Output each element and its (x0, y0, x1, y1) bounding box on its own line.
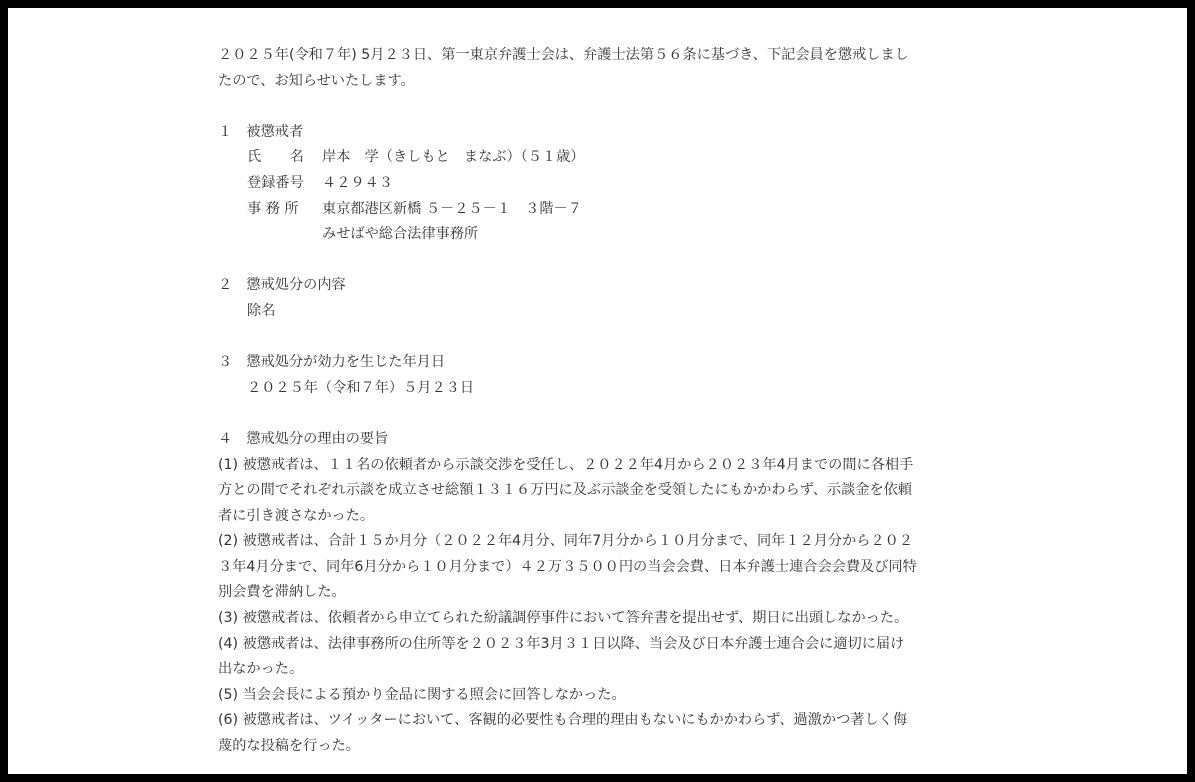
section-3-heading: ３ 懲戒処分が効力を生じた年月日 (218, 350, 918, 376)
registration-value: ４２９４３ (322, 171, 393, 197)
office-address: 東京都港区新橋 ５－２５－１ ３階－７ (322, 197, 582, 223)
announcement-document: ２０２５年(令和７年) 5月２３日、第一東京弁護士会は、弁護士法第５６条に基づき… (218, 43, 918, 760)
reason-item: (3) 被懲戒者は、依頼者から申立てられた紛議調停事件において答弁書を提出せず、… (218, 606, 918, 632)
office-label: 事 務 所 (247, 197, 322, 223)
page-frame: ２０２５年(令和７年) 5月２３日、第一東京弁護士会は、弁護士法第５６条に基づき… (8, 8, 1187, 774)
disciplinary-action: 除名 (218, 299, 918, 325)
reason-item: (1) 被懲戒者は、１１名の依頼者から示談交渉を受任し、２０２２年4月から２０２… (218, 453, 918, 530)
section-1-heading: １ 被懲戒者 (218, 120, 918, 146)
reason-item: (6) 被懲戒者は、ツイッターにおいて、客観的必要性も合理的理由もないにもかかわ… (218, 708, 918, 759)
intro-paragraph: ２０２５年(令和７年) 5月２３日、第一東京弁護士会は、弁護士法第５６条に基づき… (218, 43, 918, 94)
section-2-heading: ２ 懲戒処分の内容 (218, 273, 918, 299)
office-name: みせばや総合法律事務所 (218, 222, 918, 248)
reason-item: (4) 被懲戒者は、法律事務所の住所等を２０２３年3月３１日以降、当会及び日本弁… (218, 632, 918, 683)
section-4-heading: ４ 懲戒処分の理由の要旨 (218, 427, 918, 453)
registration-label: 登録番号 (247, 171, 322, 197)
effective-date: ２０２５年（令和７年）５月２３日 (218, 376, 918, 402)
name-row: 氏 名 岸本 学（きしもと まなぶ）（５１歳） (218, 145, 918, 171)
office-row: 事 務 所 東京都港区新橋 ５－２５－１ ３階－７ (218, 197, 918, 223)
reason-item: (5) 当会会長による預かり金品に関する照会に回答しなかった。 (218, 683, 918, 709)
registration-row: 登録番号 ４２９４３ (218, 171, 918, 197)
reason-item: (2) 被懲戒者は、合計１５か月分（２０２２年4月分、同年7月分から１０月分まで… (218, 529, 918, 606)
name-label: 氏 名 (247, 145, 322, 171)
name-value: 岸本 学（きしもと まなぶ）（５１歳） (322, 145, 584, 171)
